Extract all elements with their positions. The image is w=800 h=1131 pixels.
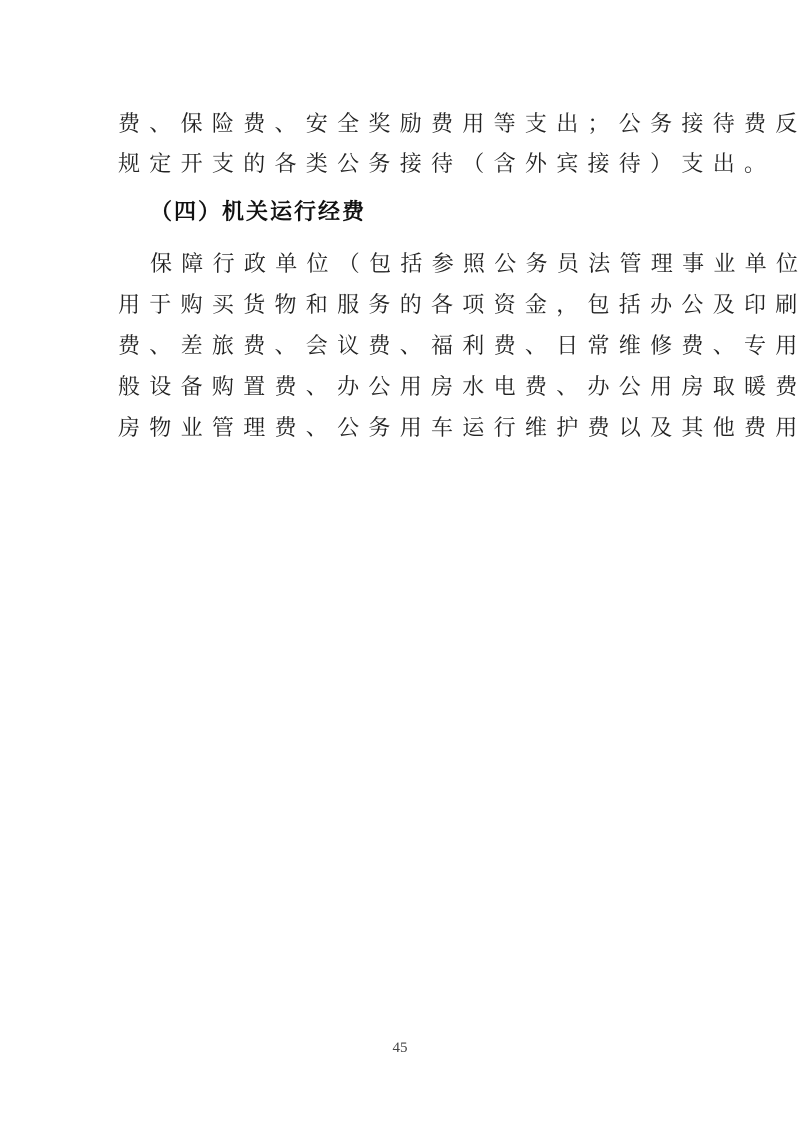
section-heading: （四）机关运行经费	[150, 198, 366, 228]
document-page: 费、保险费、安全奖励费用等支出；公务接待费反映单位按 规定开支的各类公务接待（含…	[0, 0, 800, 1131]
body-text-line: 用于购买货物和服务的各项资金，包括办公及印刷费、邮电	[118, 291, 688, 321]
body-text-line: 规定开支的各类公务接待（含外宾接待）支出。	[118, 150, 688, 180]
body-text-line: 房物业管理费、公务用车运行维护费以及其他费用。	[118, 414, 688, 444]
page-number: 45	[0, 1040, 800, 1057]
body-text-line: 费、差旅费、会议费、福利费、日常维修费、专用材料及一	[118, 332, 688, 362]
body-text-line: 费、保险费、安全奖励费用等支出；公务接待费反映单位按	[118, 110, 688, 140]
body-text-line: 般设备购置费、办公用房水电费、办公用房取暖费、办公用	[118, 373, 688, 403]
paragraph-first-line: 保障行政单位（包括参照公务员法管理事业单位）运行	[150, 250, 690, 280]
